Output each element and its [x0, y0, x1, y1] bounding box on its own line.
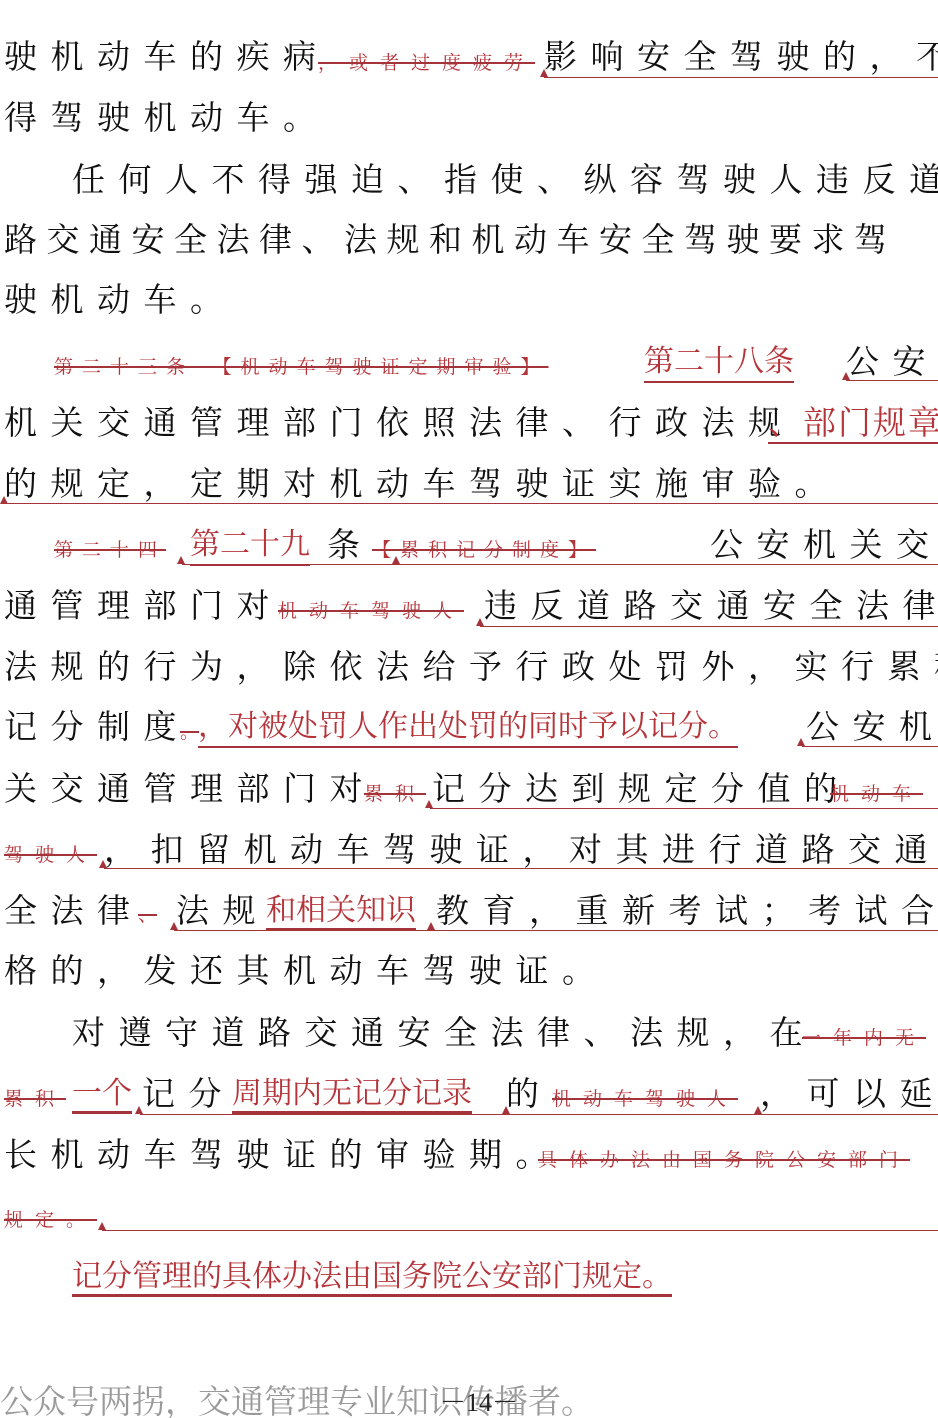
inserted-text: 一个: [72, 1069, 132, 1114]
text-line: 格的，发还其机动车驾驶证。: [0, 946, 938, 996]
text-run: 的: [506, 1069, 553, 1119]
text-run: 对遵守道路交通安全法律、法规，在: [72, 1008, 816, 1058]
page-number: －14－: [440, 1382, 518, 1418]
deleted-text: 。: [180, 707, 199, 757]
text-line: 长机动车驾驶证的审验期。 具体办法由国务院公安部门: [0, 1130, 938, 1180]
text-run: 驶机动车的疾病: [4, 32, 330, 82]
text-line: 的规定，定期对机动车驾驶证实施审验。: [0, 459, 938, 509]
deleted-text: 一年内无: [802, 1013, 926, 1063]
inserted-article-number: 第二十九: [190, 520, 310, 566]
text-line: 记分管理的具体办法由国务院公安部门规定。: [0, 1252, 938, 1302]
deleted-text: 机动车驾驶人: [278, 586, 464, 636]
text-run: 教育，重新考试；考试合: [436, 886, 938, 936]
inserted-article-number: 第二十八条: [644, 337, 794, 383]
revision-underline: [430, 808, 938, 809]
text-line: 路交通安全法律、法规和机动车安全驾驶要求驾: [0, 215, 938, 265]
text-run: 条: [327, 520, 374, 570]
deleted-text: 驾驶人: [4, 830, 97, 880]
text-line: 法规的行为，除依法给予行政处罚外，实行累积: [0, 642, 938, 692]
deleted-text: 规定。: [4, 1195, 97, 1245]
revision-caret-icon: [425, 800, 433, 808]
text-line: 对遵守道路交通安全法律、法规，在 一年内无: [0, 1008, 938, 1058]
inserted-text: 和相关知识: [266, 886, 416, 931]
text-run: 路交通安全法律、法规和机动车安全驾驶要求驾: [4, 215, 897, 265]
text-line: 驶机动车的疾病 ，或者过度疲劳 影响安全驾驶的，不: [0, 32, 938, 82]
inserted-text: 周期内无记分记录: [232, 1069, 472, 1114]
revision-caret-icon: [98, 1222, 106, 1230]
revision-underline: [4, 503, 938, 504]
revision-caret-icon: [476, 618, 484, 626]
inserted-text: ，对被处罚人作出处罚的同时予以记分。: [198, 702, 738, 748]
revision-underline: [544, 77, 938, 78]
text-run: 违反道路交通安全法律: [484, 581, 938, 631]
deleted-heading: 【累积记分制度】: [372, 525, 596, 575]
text-run: 长机动车驾驶证的审验期。: [4, 1130, 562, 1180]
text-run: 的规定，定期对机动车驾驶证实施审验。: [4, 459, 841, 509]
revision-caret-icon: [427, 922, 435, 930]
revision-underline: [846, 380, 938, 381]
revision-underline: [480, 626, 938, 627]
text-line: 任何人不得强迫、指使、纵容驾驶人违反道: [0, 155, 938, 205]
revision-caret-icon: [502, 1106, 510, 1114]
text-line: 关交通管理部门对 累积 记分达到规定分值的 机动车: [0, 764, 938, 814]
text-line: 通管理部门对 机动车驾驶人 违反道路交通安全法律: [0, 581, 938, 631]
inserted-text: 、部门规章: [768, 398, 938, 444]
text-line: 第二十三条 【机动车驾驶证定期审验】 第二十八条 公安: [0, 337, 938, 387]
text-run: 记分制度: [4, 702, 190, 752]
revision-underline: [174, 930, 938, 931]
revision-caret-icon: [170, 922, 178, 930]
text-run: 任何人不得强迫、指使、纵容驾驶人违反道: [72, 155, 938, 205]
deleted-text: 、: [138, 890, 157, 940]
revision-underline: [182, 564, 938, 565]
revision-underline: [802, 746, 938, 747]
text-run: 公安机: [806, 702, 938, 752]
text-run: 驶机动车。: [4, 275, 237, 325]
text-run: 机关交通管理部门依照法律、行政法规: [4, 398, 795, 448]
deleted-text: ，或者过度疲劳: [318, 38, 535, 88]
revision-caret-icon: [392, 556, 400, 564]
text-line: 全法律 、 法规 和相关知识 教育，重新考试；考试合: [0, 886, 938, 936]
text-run: 影响安全驾驶的，不: [544, 32, 938, 82]
revision-caret-icon: [177, 556, 185, 564]
revision-caret-icon: [99, 860, 107, 868]
text-run: 法规: [176, 886, 269, 936]
deleted-text: 机动车驾驶人: [552, 1074, 738, 1124]
revision-caret-icon: [135, 1106, 143, 1114]
revision-underline: [102, 1230, 938, 1231]
deleted-text: 机动车: [830, 769, 923, 819]
text-run: 全法律: [4, 886, 144, 936]
deleted-text: 累积: [364, 769, 426, 819]
text-line: 驶机动车。: [0, 275, 938, 325]
deleted-text: 第二十四: [54, 525, 166, 575]
revision-caret-icon: [797, 738, 805, 746]
text-run: 公安机关交: [710, 520, 938, 570]
text-run: 法规的行为，除依法给予行政处罚外，实行累积: [4, 642, 938, 692]
text-run: 记分达到规定分值的: [432, 764, 851, 814]
text-line: 得驾驶机动车。: [0, 93, 938, 143]
revision-underline: [140, 1114, 938, 1115]
text-run: 关交通管理部门对: [4, 764, 376, 814]
text-line: 第二十四 第二十九 条 【累积记分制度】 公安机关交: [0, 520, 938, 570]
revision-caret-icon: [754, 1106, 762, 1114]
text-line: 规定。: [0, 1190, 938, 1240]
deleted-text: 具体办法由国务院公安部门: [538, 1135, 910, 1185]
text-run: 得驾驶机动车。: [4, 93, 330, 143]
text-run: 格的，发还其机动车驾驶证。: [4, 946, 609, 996]
revision-caret-icon: [842, 372, 850, 380]
text-run: 通管理部门对: [4, 581, 283, 631]
text-run: ，可以延: [760, 1069, 938, 1119]
deleted-heading: 第二十三条 【机动车驾驶证定期审验】: [54, 342, 549, 392]
inserted-paragraph: 记分管理的具体办法由国务院公安部门规定。: [72, 1252, 672, 1297]
deleted-text: 累积: [4, 1074, 66, 1124]
text-run: 记分: [142, 1069, 235, 1119]
text-line: 机关交通管理部门依照法律、行政法规 、部门规章: [0, 398, 938, 448]
revision-underline: [104, 868, 938, 869]
revision-caret-icon: [540, 69, 548, 77]
